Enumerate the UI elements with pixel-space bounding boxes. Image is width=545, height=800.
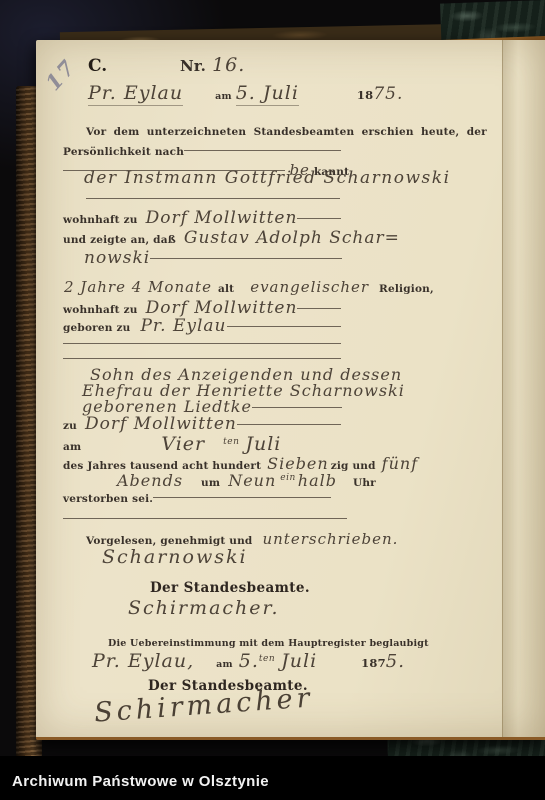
- residence-label: wohnhaft zu: [63, 214, 138, 226]
- death-date-label: am: [63, 441, 81, 453]
- death-hour-suffix: ein: [280, 473, 296, 483]
- death-year-ones: fünf: [382, 454, 418, 473]
- death-day-suffix: ten: [223, 437, 239, 447]
- birthplace-line: geboren zu Pr. Eylau: [63, 316, 341, 336]
- report-line: und zeigte an, daß Gustav Adolph Schar=: [63, 228, 400, 248]
- birth-label: geboren zu: [63, 322, 130, 334]
- blank-rule: [153, 497, 331, 498]
- religion-label: Religion,: [379, 283, 434, 295]
- blank-rule: [297, 218, 341, 219]
- registrar-signature-line: Schirmacher.: [128, 597, 280, 619]
- deceased-statement-line: verstorben sei.: [63, 493, 331, 505]
- deceased-name-part2: nowski: [84, 248, 150, 268]
- place-date-line: Pr. Eylau am 5. Juli 18 75.: [88, 82, 398, 106]
- blank-rule: [252, 407, 342, 408]
- record-date: 5. Juli: [236, 82, 299, 106]
- deceased-age: 2 Jahre 4 Monate: [64, 278, 212, 296]
- year-printed: 18: [357, 88, 373, 102]
- record-number-line: Nr. 16.: [180, 54, 245, 76]
- deceased-residence-line: wohnhaft zu Dorf Mollwitten: [63, 298, 341, 318]
- certification-signature: Schirmacher: [93, 682, 314, 728]
- year-handwritten: 75.: [373, 84, 403, 104]
- death-day: Vier: [161, 433, 205, 455]
- death-date-line: am Vier ten Juli: [63, 433, 281, 455]
- blank-rule: [297, 308, 341, 309]
- intro-text: Vor dem unterzeichneten Standesbeamten e…: [86, 126, 487, 138]
- pencil-page-number: 17: [40, 54, 81, 95]
- certification-place: Pr. Eylau,: [92, 650, 194, 672]
- deceased-name-part1: Gustav Adolph Schar=: [184, 228, 400, 248]
- deceased-birthplace: Pr. Eylau: [140, 316, 226, 336]
- record-number-label: Nr.: [180, 57, 206, 75]
- certification-statement-line: Die Uebereinstimmung mit dem Hauptregist…: [108, 638, 429, 649]
- death-hour: Neun: [228, 471, 276, 490]
- archive-watermark-bar: Archiwum Państwowe w Olsztynie: [0, 756, 545, 800]
- death-month: Juli: [245, 433, 281, 455]
- certification-signature-line: Schirmacher: [94, 690, 314, 721]
- certification-date-line: Pr. Eylau, am 5. ten Juli 187 5.: [92, 650, 405, 672]
- archive-watermark-label: Archiwum Państwowe w Olsztynie: [12, 773, 269, 790]
- form-section-letter: C.: [88, 56, 107, 76]
- death-hour-2: halb: [298, 471, 337, 490]
- declarant-name-line: der Instmann Gottfried Scharnowski: [84, 168, 451, 188]
- separator-rule: [63, 518, 347, 519]
- record-place: Pr. Eylau: [88, 82, 183, 106]
- time-label: um: [201, 477, 220, 489]
- deceased-religion: evangelischer: [250, 278, 369, 296]
- certification-year-printed: 187: [361, 656, 386, 670]
- registrar-signature: Schirmacher.: [128, 597, 280, 619]
- deceased-statement: verstorben sei.: [63, 493, 153, 505]
- deceased-name-continued-line: nowski: [84, 248, 342, 268]
- death-place-label: zu: [63, 420, 77, 432]
- report-label: und zeigte an, daß: [63, 234, 176, 246]
- age-label: alt: [218, 283, 234, 295]
- blank-rule: [150, 258, 342, 259]
- certification-day-suffix: ten: [259, 654, 275, 664]
- photographed-register-book: 17 C. Nr. 16. Pr. Eylau am 5. Juli 18 75…: [0, 0, 545, 800]
- certification-date-preposition: am: [216, 659, 233, 670]
- declarant-signature-line: Scharnowski: [102, 546, 248, 568]
- death-place: Dorf Mollwitten: [85, 414, 237, 434]
- date-preposition: am: [215, 91, 232, 102]
- form-intro-line: Vor dem unterzeichneten Standesbeamten e…: [86, 126, 487, 138]
- register-page: 17 C. Nr. 16. Pr. Eylau am 5. Juli 18 75…: [36, 40, 545, 740]
- separator-rule: [63, 358, 341, 359]
- identity-line: Persönlichkeit nach: [63, 146, 341, 158]
- underline-rule: [86, 198, 340, 199]
- residence-label: wohnhaft zu: [63, 304, 138, 316]
- certification-day: 5.: [239, 650, 259, 672]
- deceased-residence: Dorf Mollwitten: [146, 298, 298, 318]
- certification-month: Juli: [281, 650, 317, 672]
- death-place-line: zu Dorf Mollwitten: [63, 414, 341, 434]
- registrar-title: Der Standesbeamte.: [150, 580, 310, 596]
- signed-hand: unterschrieben.: [262, 530, 398, 548]
- registrar-title-line: Der Standesbeamte.: [60, 580, 400, 596]
- clock-label: Uhr: [353, 477, 376, 489]
- death-time-line: Abends um Neun ein halb Uhr: [63, 471, 376, 490]
- blank-rule: [237, 424, 341, 425]
- death-daytime: Abends: [117, 471, 183, 490]
- identity-label: Persönlichkeit nach: [63, 146, 184, 158]
- record-number-value: 16.: [212, 54, 245, 76]
- declarant-signature: Scharnowski: [102, 546, 248, 568]
- declarant-name: der Instmann Gottfried Scharnowski: [84, 168, 451, 188]
- blank-rule: [227, 326, 341, 327]
- page-fold-edge: [502, 40, 545, 737]
- blank-rule: [184, 150, 341, 151]
- age-religion-line: 2 Jahre 4 Monate alt evangelischer Relig…: [64, 278, 434, 296]
- declarant-residence-line: wohnhaft zu Dorf Mollwitten: [63, 208, 341, 228]
- separator-rule: [63, 343, 341, 344]
- certification-statement: Die Uebereinstimmung mit dem Hauptregist…: [108, 638, 429, 649]
- certification-year-handwritten: 5.: [386, 651, 405, 672]
- declarant-residence: Dorf Mollwitten: [146, 208, 298, 228]
